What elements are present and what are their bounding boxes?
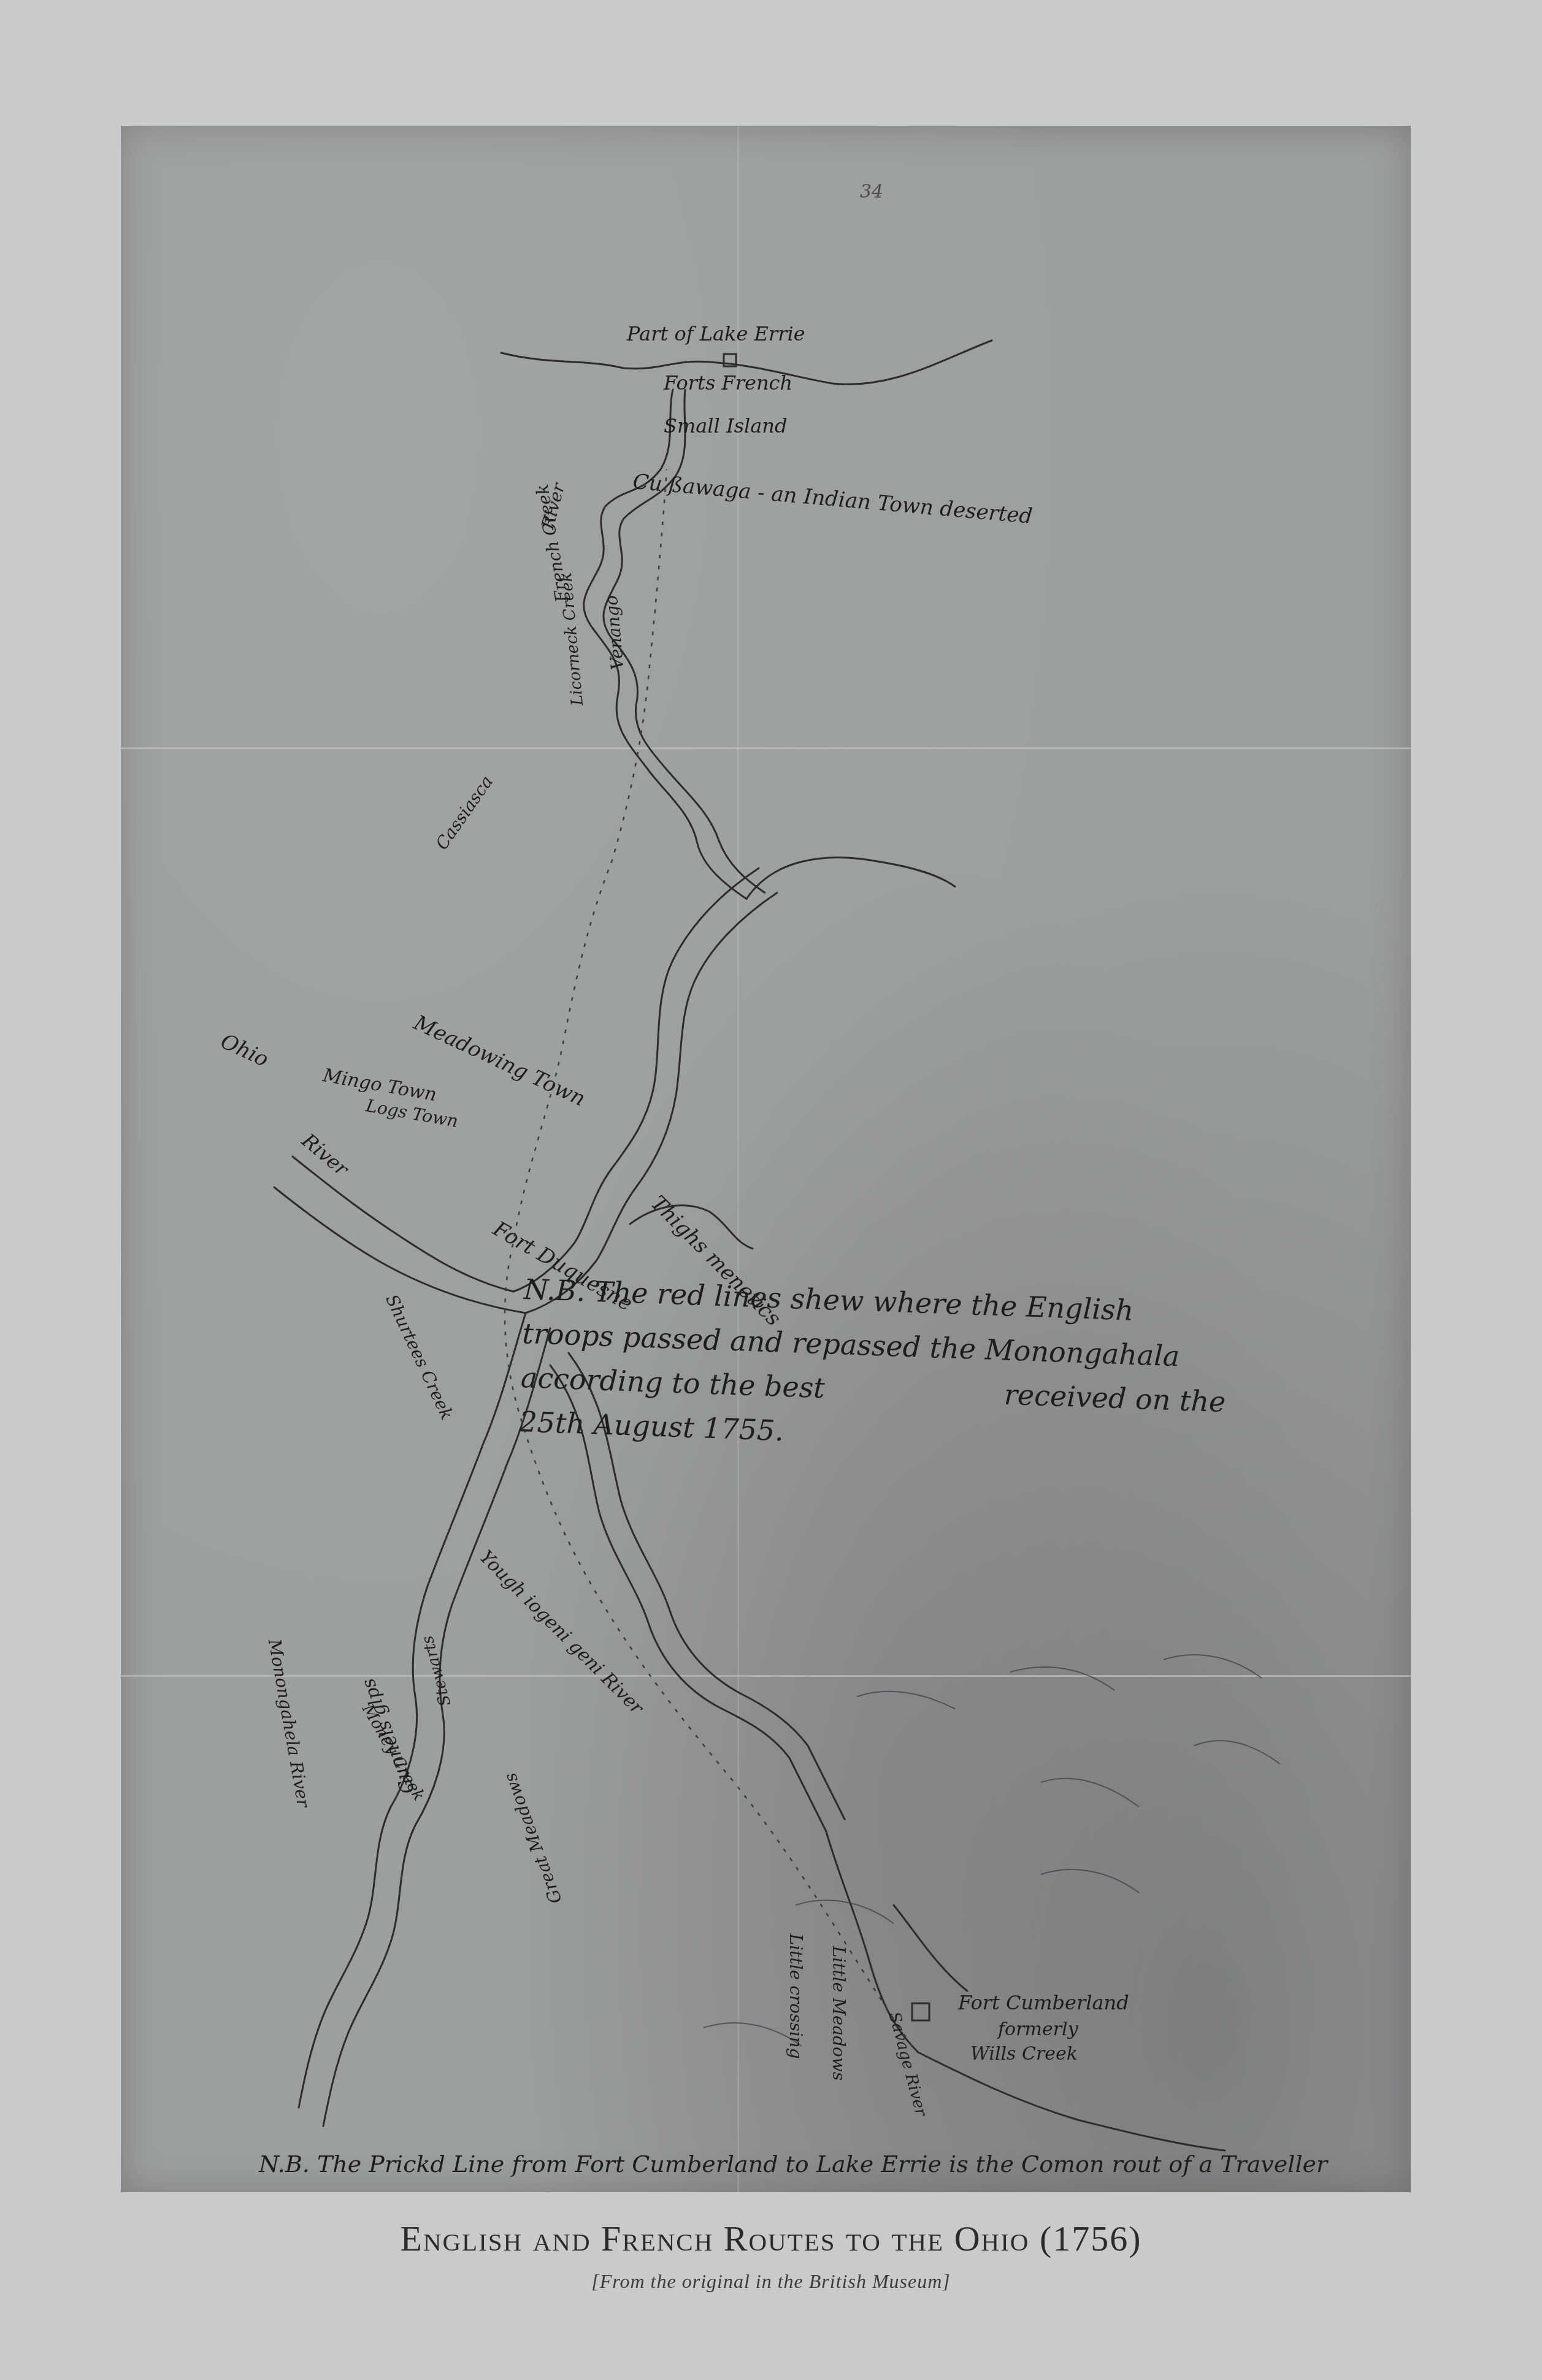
- hill-hatch: [1041, 1870, 1139, 1893]
- map-plate: 34 Part of Lake Errie Forts French Small…: [121, 126, 1411, 2192]
- hill-hatch: [796, 1900, 894, 1924]
- label-formerly: formerly: [998, 2019, 1078, 2040]
- nb-note: N.B. The red lines shew where the Englis…: [518, 1267, 1229, 1468]
- label-little-crossing: Little crossing: [786, 1934, 806, 2059]
- creek-line: [894, 1905, 967, 1991]
- hill-hatch: [1194, 1741, 1280, 1764]
- monongahela-river-bank: [323, 1328, 550, 2126]
- potomac-stream: [918, 2052, 1225, 2151]
- ohio-river: [293, 1157, 513, 1292]
- label-little-meadows: Little Meadows: [829, 1946, 849, 2081]
- caption-title: English and French Routes to the Ohio (1…: [0, 2218, 1542, 2259]
- monongahela-river: [299, 1313, 526, 2108]
- fort-cumberland-symbol: [912, 2003, 929, 2020]
- french-creek-river-bank: [604, 390, 765, 893]
- label-small-island: Small Island: [664, 414, 787, 437]
- hill-hatch: [857, 1692, 955, 1709]
- hill-hatch: [1010, 1667, 1114, 1690]
- label-lake-erie: Part of Lake Errie: [627, 322, 805, 345]
- caption-source: [From the original in the British Museum…: [0, 2270, 1542, 2293]
- label-forts-french: Forts French: [664, 371, 792, 395]
- page-mark: 34: [860, 181, 883, 202]
- hill-hatch: [1164, 1655, 1262, 1678]
- footer-note: N.B. The Prickd Line from Fort Cumberlan…: [259, 2151, 1327, 2178]
- label-wills-creek: Wills Creek: [970, 2043, 1078, 2065]
- label-fort-cumberland: Fort Cumberland: [958, 1991, 1129, 2014]
- hill-hatch: [1041, 1779, 1139, 1807]
